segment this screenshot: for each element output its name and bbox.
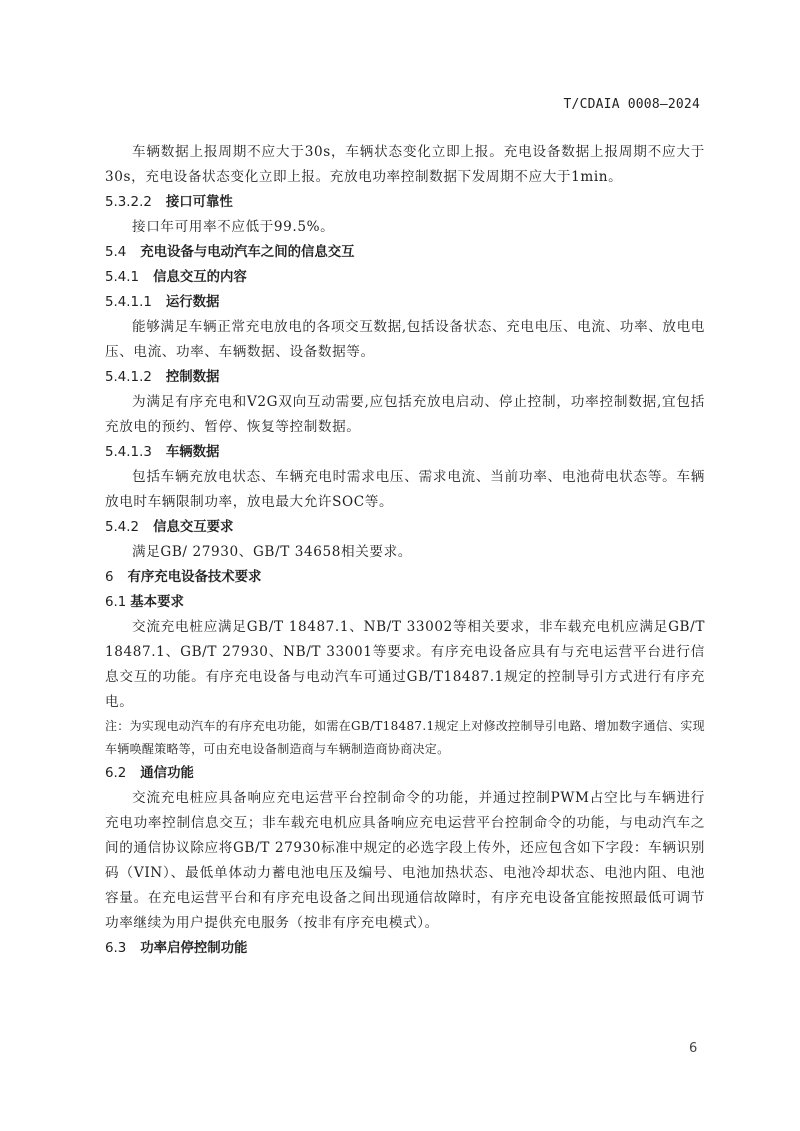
heading-title: 控制数据	[166, 370, 220, 385]
paragraph-vehicle-data: 包括车辆充放电状态、车辆充电时需求电压、需求电流、当前功率、电池荷电状态等。车辆…	[105, 465, 705, 515]
document-body: 车辆数据上报周期不应大于30s，车辆状态变化立即上报。充电设备数据上报周期不应大…	[105, 140, 705, 961]
heading-number: 5.4.1.1	[105, 290, 152, 315]
heading-5-4-1: 5.4.1信息交互的内容	[105, 265, 705, 290]
document-id-header: T/CDAIA 0008—2024	[564, 97, 700, 112]
heading-5-4-1-2: 5.4.1.2控制数据	[105, 365, 705, 390]
heading-6-1: 6.1基本要求	[105, 590, 705, 615]
heading-number: 5.4.2	[105, 515, 139, 540]
paragraph-control-data: 为满足有序充电和V2G双向互动需要,应包括充放电启动、停止控制，功率控制数据,宜…	[105, 390, 705, 440]
heading-6: 6有序充电设备技术要求	[105, 565, 705, 590]
heading-number: 5.4.1.3	[105, 440, 152, 465]
heading-title: 有序充电设备技术要求	[128, 570, 262, 585]
heading-title: 功率启停控制功能	[140, 941, 247, 956]
heading-title: 车辆数据	[166, 445, 220, 460]
heading-5-4-1-3: 5.4.1.3车辆数据	[105, 440, 705, 465]
heading-5-4-2: 5.4.2信息交互要求	[105, 515, 705, 540]
paragraph-basic-requirements: 交流充电桩应满足GB/T 18487.1、NB/T 33002等相关要求，非车载…	[105, 615, 705, 715]
heading-number: 6.2	[105, 761, 126, 786]
page-number: 6	[689, 1041, 697, 1056]
heading-title: 充电设备与电动汽车之间的信息交互	[140, 245, 354, 260]
heading-6-2: 6.2通信功能	[105, 761, 705, 786]
heading-title: 运行数据	[166, 295, 220, 310]
heading-number: 6	[105, 565, 114, 590]
heading-title: 信息交互的内容	[153, 270, 247, 285]
paragraph-availability: 接口年可用率不应低于99.5%。	[105, 215, 705, 240]
paragraph-communication-function: 交流充电桩应具备响应充电运营平台控制命令的功能，并通过控制PWM占空比与车辆进行…	[105, 786, 705, 936]
heading-title: 通信功能	[140, 766, 194, 781]
heading-5-3-2-2: 5.3.2.2接口可靠性	[105, 190, 705, 215]
paragraph-report-period: 车辆数据上报周期不应大于30s，车辆状态变化立即上报。充电设备数据上报周期不应大…	[105, 140, 705, 190]
heading-number: 5.3.2.2	[105, 190, 152, 215]
heading-title: 信息交互要求	[153, 520, 233, 535]
heading-number: 5.4.1	[105, 265, 139, 290]
heading-number: 5.4	[105, 240, 126, 265]
heading-number: 5.4.1.2	[105, 365, 152, 390]
heading-title: 基本要求	[130, 595, 184, 610]
heading-title: 接口可靠性	[166, 195, 233, 210]
heading-number: 6.3	[105, 936, 126, 961]
heading-5-4: 5.4充电设备与电动汽车之间的信息交互	[105, 240, 705, 265]
paragraph-operating-data: 能够满足车辆正常充电放电的各项交互数据,包括设备状态、充电电压、电流、功率、放电…	[105, 315, 705, 365]
note-ordered-charging: 注：为实现电动汽车的有序充电功能，如需在GB/T18487.1规定上对修改控制导…	[105, 715, 705, 761]
paragraph-interaction-requirements: 满足GB/ 27930、GB/T 34658相关要求。	[105, 540, 705, 565]
heading-6-3: 6.3功率启停控制功能	[105, 936, 705, 961]
heading-number: 6.1	[105, 590, 126, 615]
heading-5-4-1-1: 5.4.1.1运行数据	[105, 290, 705, 315]
